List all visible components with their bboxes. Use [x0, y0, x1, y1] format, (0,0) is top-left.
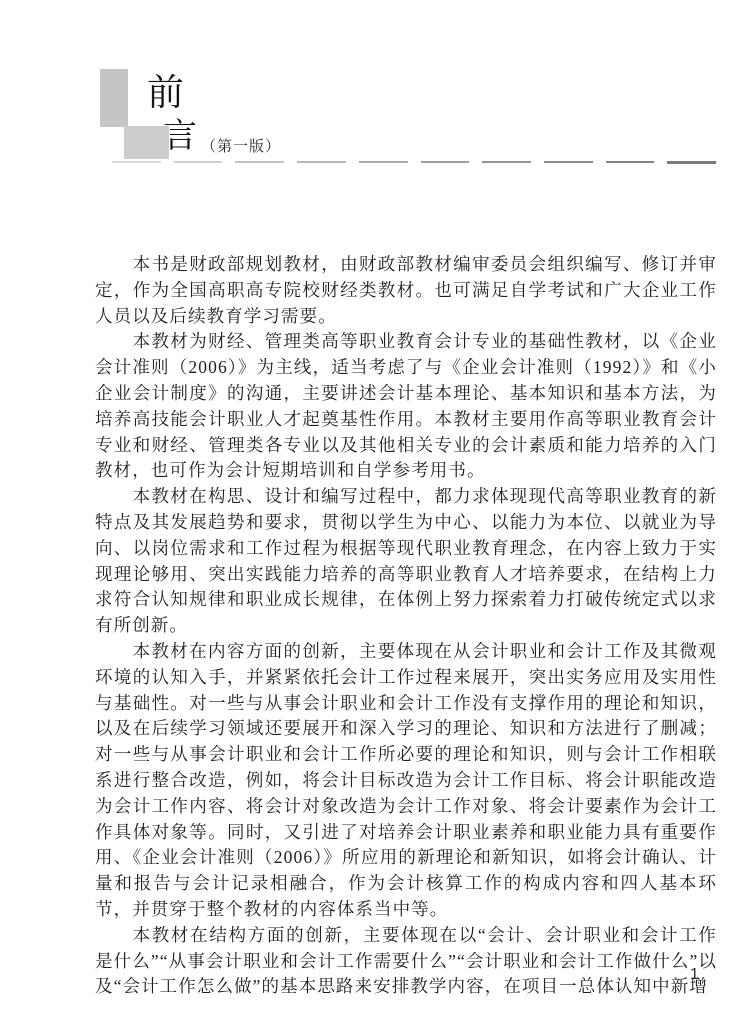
- divider-dash: [606, 161, 655, 163]
- divider-dash: [112, 161, 161, 163]
- divider-dash: [235, 161, 284, 163]
- book-page: 前 言 （第一版） 本书是财政部规划教材，由财政部教材编审委员会组织编写、修订并…: [0, 0, 730, 1011]
- preface-title-char-bottom: 言: [163, 117, 197, 157]
- edition-note: （第一版）: [201, 135, 281, 156]
- paragraph-5: 本教材在结构方面的创新，主要体现在以“会计、会计职业和会计工作是什么”“从事会计…: [95, 923, 717, 1000]
- preface-title-char-top: 前: [147, 72, 184, 116]
- divider-dash: [482, 161, 531, 163]
- paragraph-4: 本教材在内容方面的创新，主要体现在从会计职业和会计工作及其微观环境的认知入手，并…: [95, 639, 717, 923]
- page-number: 1: [690, 966, 699, 984]
- divider-dash: [297, 161, 346, 163]
- paragraph-3: 本教材在构思、设计和编写过程中，都力求体现现代高等职业教育的新特点及其发展趋势和…: [95, 484, 717, 639]
- divider-dash: [667, 161, 716, 164]
- divider-dash: [359, 161, 408, 163]
- divider-dash: [174, 161, 223, 163]
- preface-body: 本书是财政部规划教材，由财政部教材编审委员会组织编写、修订并审定，作为全国高职高…: [95, 252, 717, 1000]
- paragraph-2: 本教材为财经、管理类高等职业教育会计专业的基础性教材，以《企业会计准则（2006…: [95, 329, 717, 484]
- paragraph-1: 本书是财政部规划教材，由财政部教材编审委员会组织编写、修订并审定，作为全国高职高…: [95, 252, 717, 329]
- deco-block-dark: [100, 69, 128, 127]
- dashed-divider: [112, 161, 716, 164]
- divider-dash: [421, 161, 470, 163]
- divider-dash: [544, 161, 593, 163]
